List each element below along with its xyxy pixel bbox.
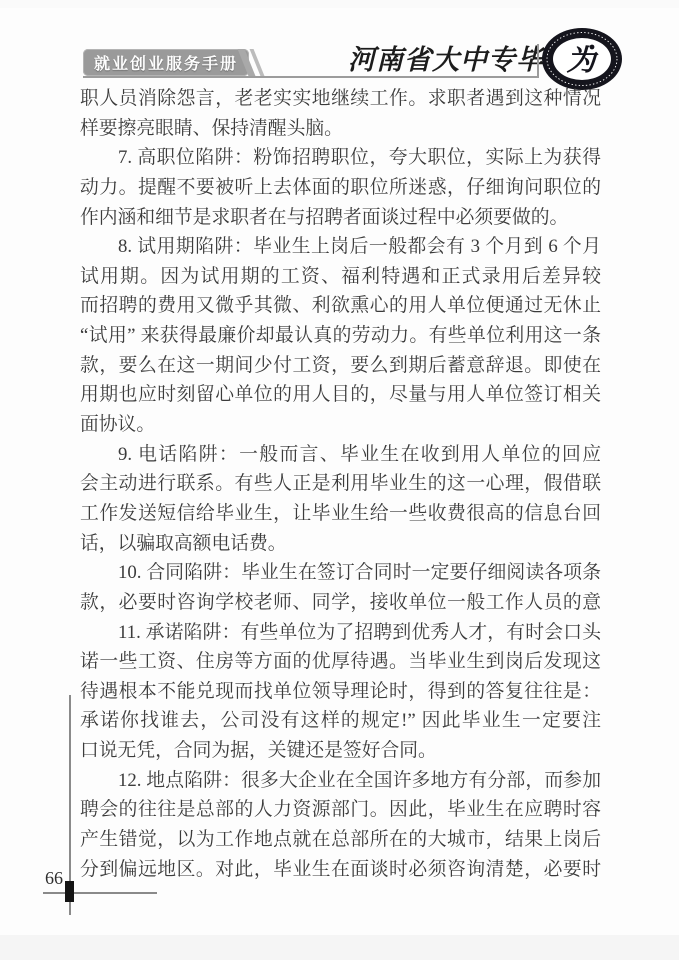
text-line: 工作发送短信给毕业生，让毕业生给一些收费很高的信息台回电 (80, 499, 601, 529)
text-line: 10. 合同陷阱：毕业生在签订合同时一定要仔细阅读各项条 (80, 558, 601, 588)
text-line: 承诺你找谁去，公司没有这样的规定!” 因此毕业生一定要注意： (80, 706, 601, 736)
text-line: 12. 地点陷阱：很多大企业在全国许多地方有分部，而参加招 (80, 766, 601, 796)
text-line: 职人员消除怨言，老老实实地继续工作。求职者遇到这种情况同 (80, 84, 601, 114)
text-line: 8. 试用期陷阱：毕业生上岗后一般都会有 3 个月到 6 个月的 (80, 232, 601, 262)
series-title: 就业创业服务手册 (94, 51, 238, 74)
book-title-calligraphy: 河南省大中专毕业生 (348, 42, 534, 79)
text-line: 款，必要时咨询学校老师、同学，接收单位一般工作人员的意见。 (80, 588, 601, 618)
header-tick (537, 44, 539, 78)
text-line: 口说无凭，合同为据，关键还是签好合同。 (80, 736, 601, 766)
text-line: 作内涵和细节是求职者在与招聘者面谈过程中必须要做的。 (80, 203, 601, 233)
text-line: 样要擦亮眼睛、保持清醒头脑。 (80, 114, 601, 144)
header-series-banner: 就业创业服务手册 (83, 49, 249, 76)
text-line: 分到偏远地区。对此，毕业生在面谈时必须咨询清楚，必要时在 (80, 855, 601, 885)
margin-rule-horizontal (43, 892, 157, 894)
text-line: 9. 电话陷阱：一般而言、毕业生在收到用人单位的回应后， (80, 440, 601, 470)
text-line: 动力。提醒不要被听上去体面的职位所迷惑，仔细询问职位的工 (80, 173, 601, 203)
text-line: “试用” 来获得最廉价却最认真的劳动力。有些单位利用这一条 (80, 321, 601, 351)
text-line: 7. 高职位陷阱：粉饰招聘职位，夸大职位，实际上为获得劳 (80, 143, 601, 173)
scan-top-edge (0, 0, 679, 8)
page-edge-marker (65, 881, 74, 902)
text-line: 待遇根本不能兑现而找单位领导理论时，得到的答复往往是：“谁 (80, 677, 601, 707)
text-line: 产生错觉，以为工作地点就在总部所在的大城市，结果上岗后被 (80, 825, 601, 855)
text-line: 用期也应时刻留心单位的用人目的，尽量与用人单位签订相关书 (80, 380, 601, 410)
publisher-emblem-icon: 为 (540, 26, 624, 92)
page-number: 66 (44, 868, 64, 889)
text-line: 款，要么在这一期间少付工资，要么到期后蓄意辞退。即使在试 (80, 351, 601, 381)
scan-bottom-edge (0, 935, 679, 960)
page-body-text: 职人员消除怨言，老老实实地继续工作。求职者遇到这种情况同样要擦亮眼睛、保持清醒头… (80, 84, 601, 884)
text-line: 而招聘的费用又微乎其微、利欲熏心的用人单位便通过无休止的 (80, 291, 601, 321)
text-line: 11. 承诺陷阱：有些单位为了招聘到优秀人才，有时会口头许 (80, 618, 601, 648)
text-line: 面协议。 (80, 410, 601, 440)
text-line: 会主动进行联系。有些人正是利用毕业生的这一心理，假借联系 (80, 469, 601, 499)
book-page: 就业创业服务手册 河南省大中专毕业生 为 职人员消除怨言，老老实实地继续工作。求… (0, 0, 679, 960)
emblem-glyph: 为 (566, 45, 599, 77)
text-line: 聘会的往往是总部的人力资源部门。因此，毕业生在应聘时容易 (80, 795, 601, 825)
text-line: 试用期。因为试用期的工资、福利特遇和正式录用后差异较大， (80, 262, 601, 292)
banner-slash-decoration (243, 49, 259, 76)
text-line: 诺一些工资、住房等方面的优厚待遇。当毕业生到岗后发现这些 (80, 647, 601, 677)
text-line: 话，以骗取高额电话费。 (80, 529, 601, 559)
